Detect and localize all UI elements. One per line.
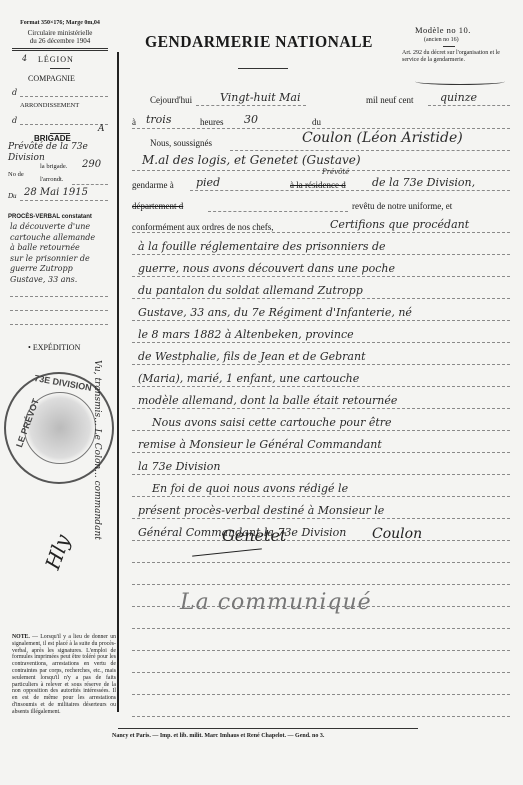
vertical-signature: Hly: [40, 531, 75, 572]
no-arrond-label: l'arrondt.: [40, 176, 63, 183]
vertical-endorsement: Vu, transmis... Le Colon... commandant: [92, 360, 102, 620]
pv-line: à balle retournée: [10, 243, 116, 254]
du-value: 28 Mai 1915: [24, 187, 88, 198]
a-label: à: [132, 117, 136, 127]
uniform-text: revêtu de notre uniforme, et: [352, 201, 452, 211]
signature-coulon: Coulon: [372, 526, 422, 542]
residence-label: à la résidence d: [290, 180, 346, 190]
note-block: NOTE. — Lorsqu'il y a lieu de donner un …: [12, 634, 116, 716]
year-value: quinze: [440, 91, 477, 104]
narrative-line: le 8 mars 1882 à Altenbeken, province: [138, 328, 354, 341]
pv-label: PROCÈS-VERBAL constatant: [8, 214, 92, 220]
note-label: NOTE.: [12, 634, 30, 640]
hour-value: trois: [146, 113, 171, 126]
residence-text: à la résidence d: [290, 180, 346, 190]
narrative-line: remise à Monsieur le Général Commandant: [138, 438, 382, 451]
narrative-line: présent procès-verbal destiné à Monsieur…: [138, 504, 384, 517]
arrondissement-label: ARRONDISSEMENT: [20, 102, 79, 109]
model-old: (ancien no 16): [424, 37, 459, 43]
circular-line-2: du 26 décembre 1904: [10, 37, 110, 45]
narrative-line: guerre, nous avons découvert dans une po…: [138, 262, 395, 275]
mil-neuf-cent-label: mil neuf cent: [366, 95, 413, 105]
pv-line: guerre Zutropp: [10, 264, 116, 275]
cejourdhui-value: Vingt-huit Mai: [220, 91, 300, 104]
gendarme-label: gendarme à: [132, 180, 174, 190]
nous-soussignes-label: Nous, soussignés: [150, 138, 212, 148]
no-brigade-value: 290: [82, 159, 101, 170]
narrative-line: à la fouille réglementaire des prisonnie…: [138, 240, 386, 253]
expedition-label: • EXPÉDITION: [28, 343, 80, 352]
model-number: Modèle no 10.: [415, 25, 471, 35]
narrative-line: Gustave, 33 ans, du 7e Régiment d'Infant…: [138, 306, 412, 319]
agent-name-1: Coulon (Léon Aristide): [302, 130, 463, 146]
circular-line-1: Circulaire ministérielle: [10, 29, 110, 37]
gendarme-value: pied: [196, 176, 220, 189]
expedition-text: EXPÉDITION: [33, 343, 81, 352]
signature-genetet: Genetet: [222, 526, 286, 545]
narrative-line: (Maria), marié, 1 enfant, une cartouche: [138, 372, 359, 385]
no-brigade-label: la brigade.: [40, 163, 67, 170]
note-text: — Lorsqu'il y a lieu de donner un signal…: [12, 634, 116, 715]
minutes-value: 30: [244, 113, 258, 126]
pv-value: la découverte d'une cartouche allemande …: [10, 222, 116, 285]
cejourdhui-label: Cejourd'hui: [150, 95, 192, 105]
compagnie-label: COMPAGNIE: [28, 74, 75, 83]
column-divider: [117, 52, 119, 712]
heures-label: heures: [200, 117, 224, 127]
pencil-annotation: La communiqué: [180, 590, 372, 615]
pv-line: cartouche allemande: [10, 233, 116, 244]
signature-flourish: [192, 548, 262, 556]
conform-text: conformément aux ordres de nos chefs,: [132, 222, 273, 232]
compagnie-d: d: [12, 88, 17, 97]
residence-value: de la 73e Division,: [372, 176, 475, 189]
article-reference: Art. 292 du décret sur l'organisation et…: [402, 50, 514, 64]
narrative-line: En foi de quoi nous avons rédigé le: [138, 482, 348, 495]
decorative-flourish: [415, 78, 505, 85]
arrondissement-d: d: [12, 116, 17, 125]
no-label: No de: [8, 171, 24, 178]
printer-footer: Nancy et Paris. — Imp. et lib. milit. Ma…: [112, 733, 324, 739]
agent-ranks: M.al des logis, et Genetet (Gustave): [142, 153, 361, 167]
arrondissement-value: A: [98, 124, 105, 134]
du-hour-label: du: [312, 117, 321, 127]
narrative-line: de Westphalie, fils de Jean et de Gebran…: [138, 350, 366, 363]
format-line: Format 350×176; Marge 0m,04: [10, 20, 110, 26]
stamp-text-top: 73E DIVISION: [34, 373, 93, 393]
narrative-line: du pantalon du soldat allemand Zutropp: [138, 284, 363, 297]
pv-line: Gustave, 33 ans.: [10, 275, 116, 286]
departement-label: département d: [132, 201, 183, 211]
legion-label: LÉGION: [38, 55, 74, 64]
narrative-line: Certifions que procédant: [330, 218, 469, 231]
residence-correction: Prévôté: [322, 168, 349, 176]
narrative-line: Nous avons saisi cette cartouche pour êt…: [138, 416, 392, 429]
du-label: Du: [8, 192, 17, 200]
page-title: GENDARMERIE NATIONALE: [145, 32, 373, 52]
narrative-line: la 73e Division: [138, 460, 221, 473]
pv-line: sur le prisonnier de: [10, 254, 116, 265]
legion-value: 4: [22, 54, 27, 63]
pv-line: la découverte d'une: [10, 222, 116, 233]
narrative-line: modèle allemand, dont la balle était ret…: [138, 394, 397, 407]
